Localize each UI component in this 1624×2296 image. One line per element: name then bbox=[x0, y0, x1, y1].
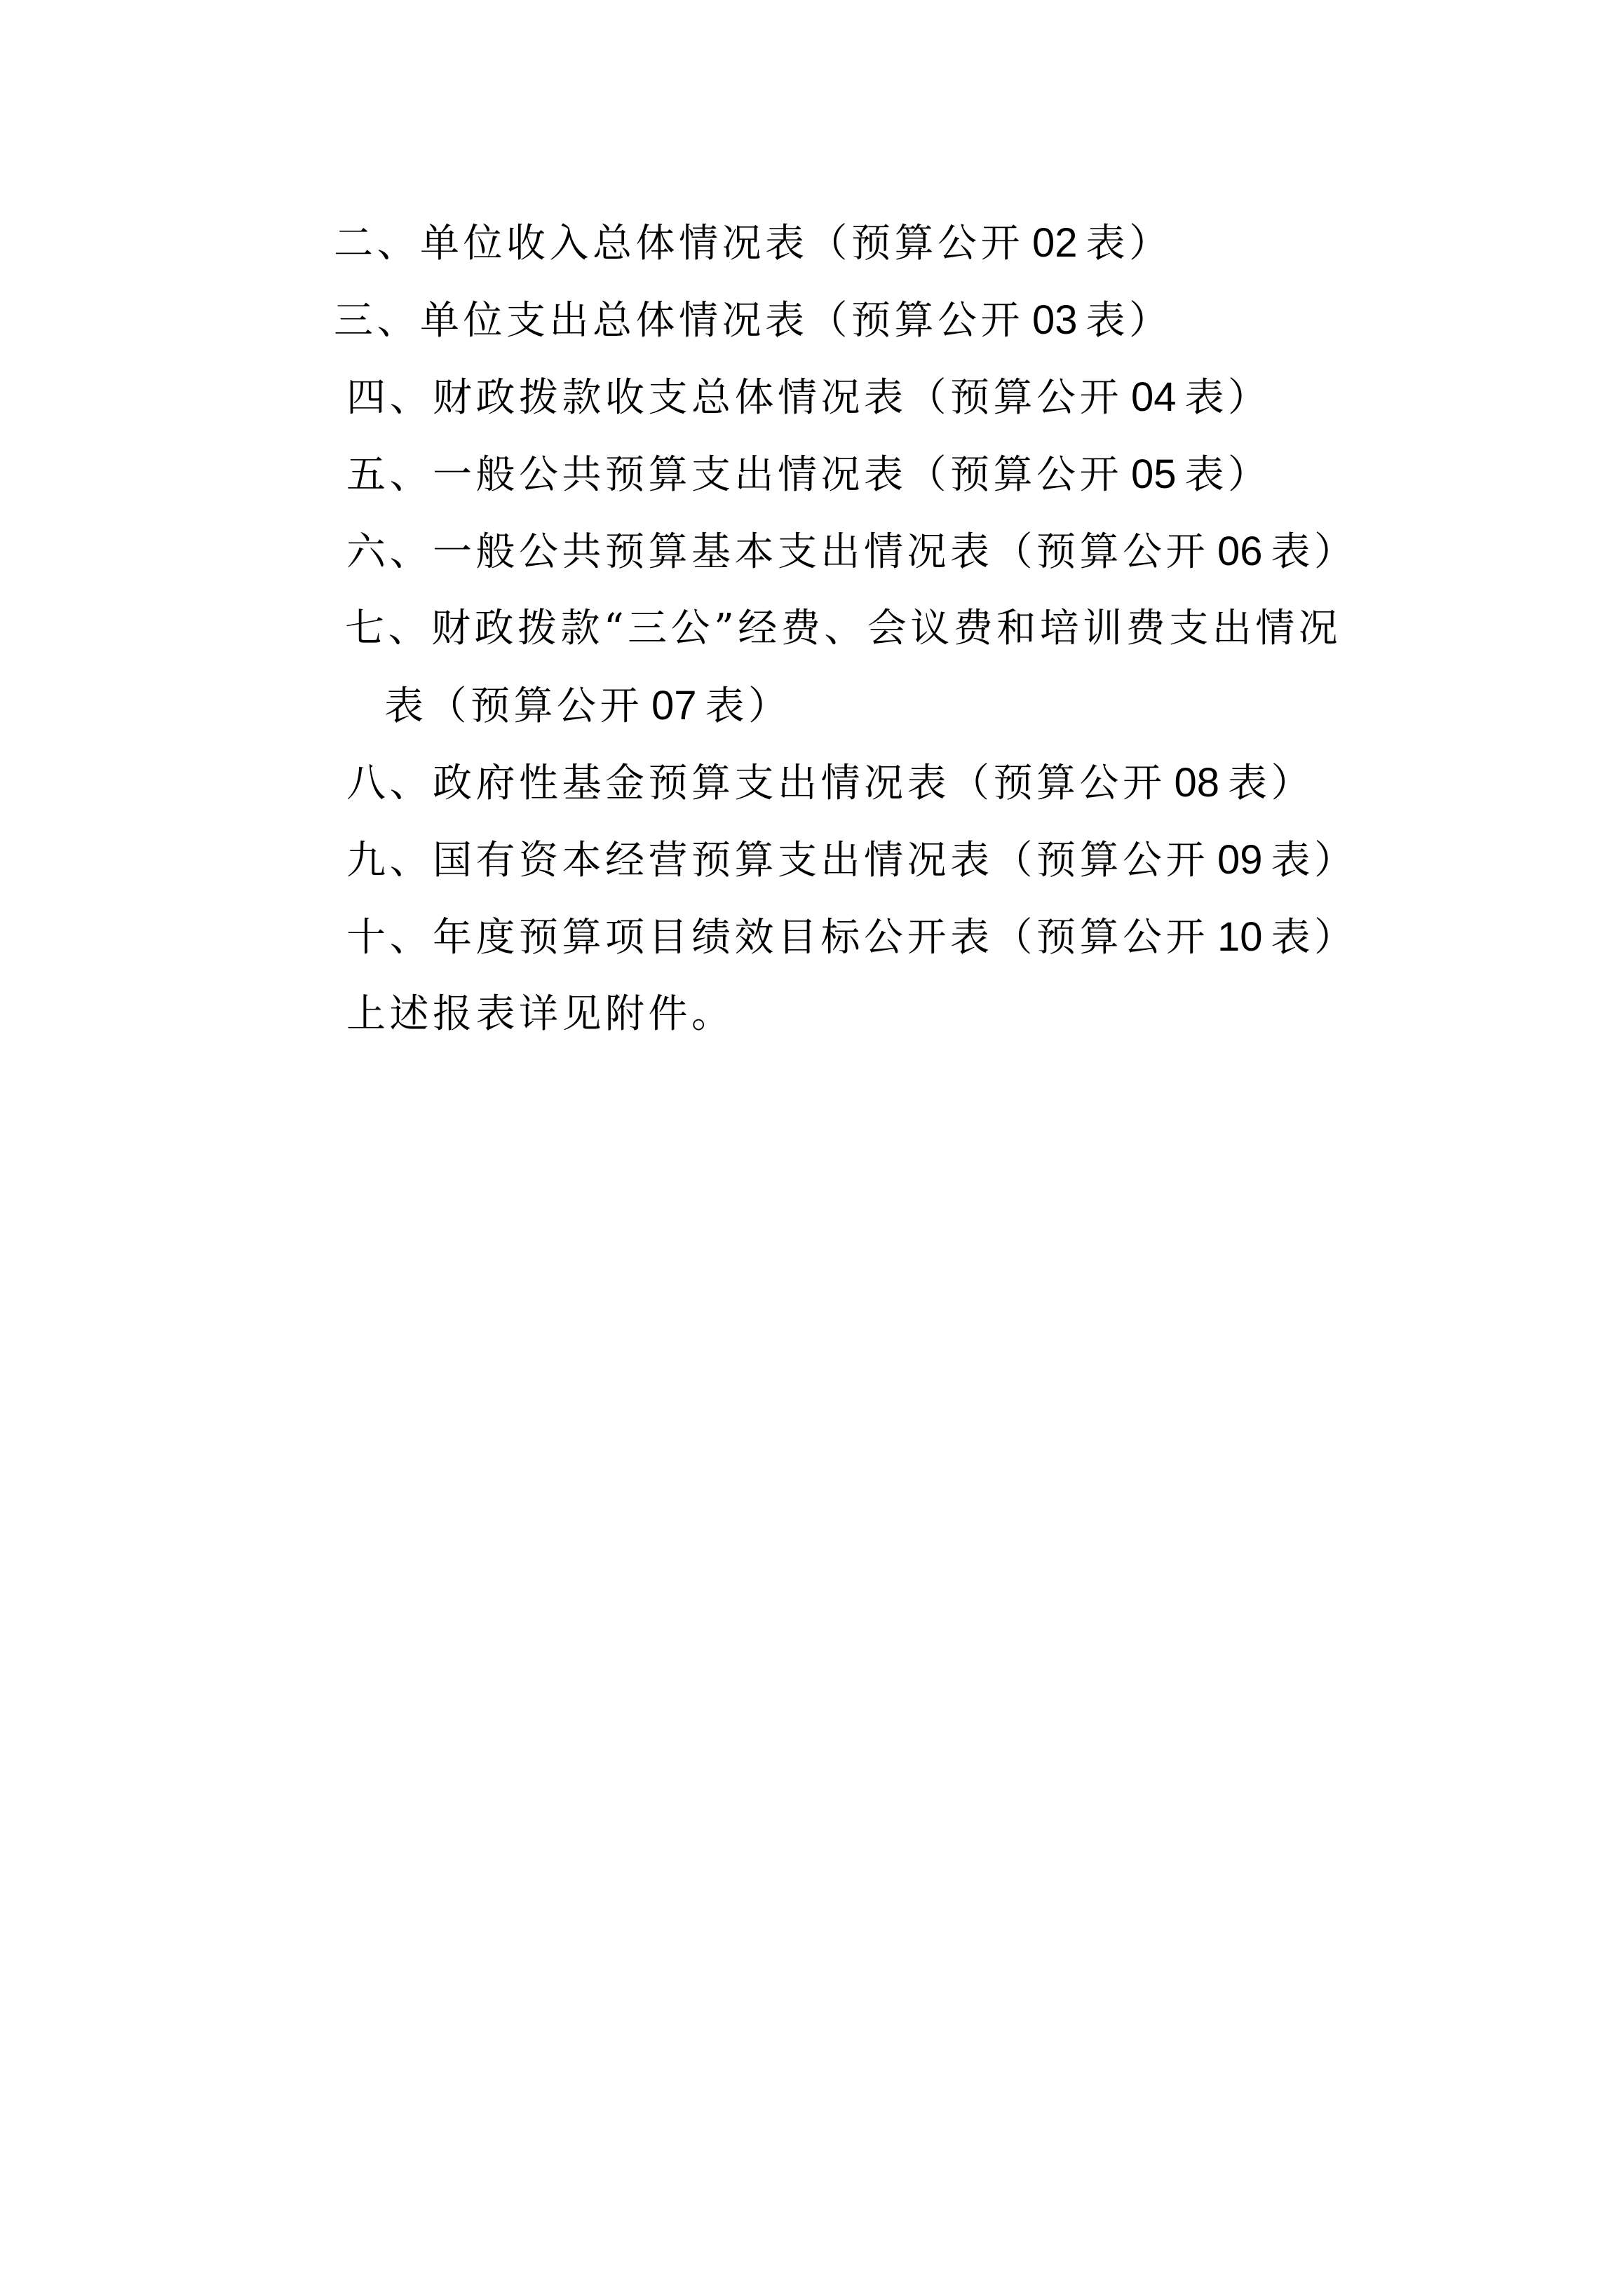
table-number: 03 bbox=[1032, 297, 1078, 343]
list-item-table-07-line1: 七、财政拨款“三公”经费、会议费和培训费支出情况 bbox=[345, 604, 1341, 653]
table-number: 02 bbox=[1032, 220, 1078, 266]
closing-text: 上述报表详见附件。 bbox=[346, 991, 735, 1037]
list-item-table-03: 三、单位支出总体情况表（预算公开03表） bbox=[334, 296, 1172, 345]
item-suffix: 表） bbox=[1185, 375, 1271, 421]
list-item-table-02: 二、单位收入总体情况表（预算公开02表） bbox=[334, 219, 1172, 268]
item-text: 六、一般公共预算基本支出情况表（预算公开 bbox=[346, 529, 1209, 575]
item-suffix: 表） bbox=[1086, 298, 1172, 344]
list-item-table-10: 十、年度预算项目绩效目标公开表（预算公开10表） bbox=[346, 913, 1358, 962]
item-text: 四、财政拨款收支总体情况表（预算公开 bbox=[346, 375, 1123, 421]
table-number: 05 bbox=[1131, 451, 1177, 497]
table-number: 07 bbox=[651, 683, 697, 728]
list-item-table-06: 六、一般公共预算基本支出情况表（预算公开06表） bbox=[346, 527, 1358, 576]
item-text: 八、政府性基金预算支出情况表（预算公开 bbox=[346, 761, 1166, 806]
list-item-table-05: 五、一般公共预算支出情况表（预算公开05表） bbox=[346, 450, 1271, 499]
table-number: 06 bbox=[1217, 529, 1263, 574]
item-text: 十、年度预算项目绩效目标公开表（预算公开 bbox=[346, 915, 1209, 960]
list-item-table-04: 四、财政拨款收支总体情况表（预算公开04表） bbox=[346, 373, 1271, 422]
item-text: 表（预算公开 bbox=[384, 684, 643, 729]
table-number: 10 bbox=[1217, 914, 1263, 960]
closing-note: 上述报表详见附件。 bbox=[346, 990, 735, 1039]
item-suffix: 表） bbox=[1228, 761, 1314, 806]
item-suffix: 表） bbox=[1086, 221, 1172, 266]
table-number: 08 bbox=[1175, 760, 1220, 806]
list-item-table-08: 八、政府性基金预算支出情况表（预算公开08表） bbox=[346, 759, 1314, 808]
document-page: 二、单位收入总体情况表（预算公开02表） 三、单位支出总体情况表（预算公开03表… bbox=[0, 0, 1624, 2296]
table-number: 04 bbox=[1131, 374, 1177, 420]
item-suffix: 表） bbox=[1271, 838, 1358, 883]
list-item-table-07-line2: 表（预算公开07表） bbox=[384, 681, 792, 731]
item-text: 三、单位支出总体情况表（预算公开 bbox=[334, 298, 1024, 344]
table-number: 09 bbox=[1217, 837, 1263, 883]
item-text: 九、国有资本经营预算支出情况表（预算公开 bbox=[346, 838, 1209, 883]
item-suffix: 表） bbox=[1185, 452, 1271, 498]
list-item-table-09: 九、国有资本经营预算支出情况表（预算公开09表） bbox=[346, 836, 1358, 885]
item-text: 二、单位收入总体情况表（预算公开 bbox=[334, 221, 1024, 266]
item-suffix: 表） bbox=[1271, 529, 1358, 575]
item-text: 五、一般公共预算支出情况表（预算公开 bbox=[346, 452, 1123, 498]
item-suffix: 表） bbox=[705, 684, 792, 729]
item-text: 七、财政拨款“三公”经费、会议费和培训费支出情况 bbox=[345, 606, 1341, 651]
item-suffix: 表） bbox=[1271, 915, 1358, 960]
